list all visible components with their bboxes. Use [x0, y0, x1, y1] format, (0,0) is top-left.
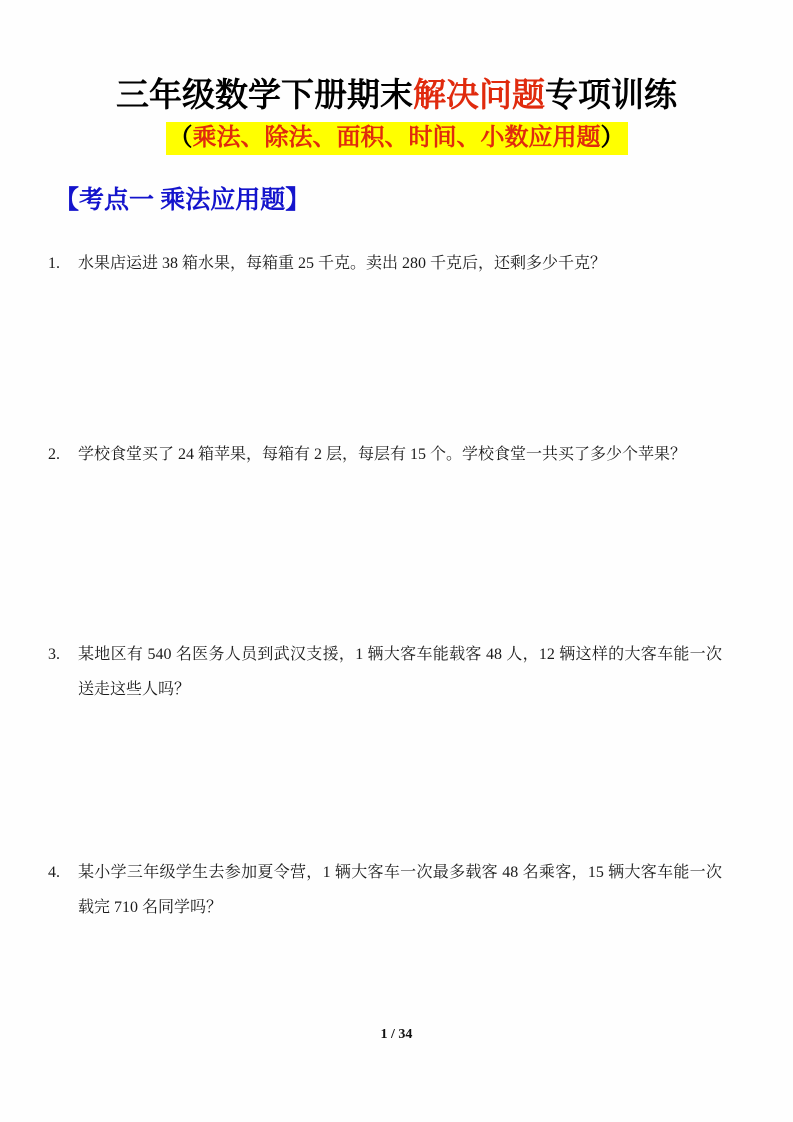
page-title: 三年级数学下册期末解决问题专项训练 — [0, 73, 793, 119]
question-item-4: 4. 某小学三年级学生去参加夏令营，1 辆大客车一次最多载客 48 名乘客，15… — [48, 855, 722, 925]
section-heading: 【考点一 乘法应用题】 — [54, 185, 310, 217]
question-item-1: 1. 水果店运进 38 箱水果，每箱重 25 千克。卖出 280 千克后，还剩多… — [48, 246, 722, 281]
question-number: 1. — [48, 246, 78, 281]
question-item-2: 2. 学校食堂买了 24 箱苹果，每箱有 2 层，每层有 15 个。学校食堂一共… — [48, 437, 722, 472]
subtitle-content: 乘法、除法、面积、时间、小数应用题 — [193, 125, 601, 151]
question-text: 水果店运进 38 箱水果，每箱重 25 千克。卖出 280 千克后，还剩多少千克… — [78, 246, 722, 281]
question-text: 某地区有 540 名医务人员到武汉支援，1 辆大客车能载客 48 人，12 辆这… — [78, 637, 722, 707]
subtitle-open-paren: （ — [169, 125, 193, 151]
question-number: 2. — [48, 437, 78, 472]
worksheet-page: 三年级数学下册期末解决问题专项训练 （乘法、除法、面积、时间、小数应用题） 【考… — [0, 0, 793, 1122]
title-prefix: 三年级数学下册期末 — [116, 78, 413, 114]
question-number: 4. — [48, 855, 78, 925]
question-text: 学校食堂买了 24 箱苹果，每箱有 2 层，每层有 15 个。学校食堂一共买了多… — [78, 437, 722, 472]
question-text: 某小学三年级学生去参加夏令营，1 辆大客车一次最多载客 48 名乘客，15 辆大… — [78, 855, 722, 925]
title-highlight: 解决问题 — [413, 78, 545, 114]
subtitle-highlight: （乘法、除法、面积、时间、小数应用题） — [166, 122, 628, 155]
page-number: 1 / 34 — [0, 1027, 793, 1043]
subtitle-row: （乘法、除法、面积、时间、小数应用题） — [0, 122, 793, 155]
subtitle-close-paren: ） — [601, 125, 625, 151]
title-suffix: 专项训练 — [545, 78, 677, 114]
question-item-3: 3. 某地区有 540 名医务人员到武汉支援，1 辆大客车能载客 48 人，12… — [48, 637, 722, 707]
question-number: 3. — [48, 637, 78, 707]
